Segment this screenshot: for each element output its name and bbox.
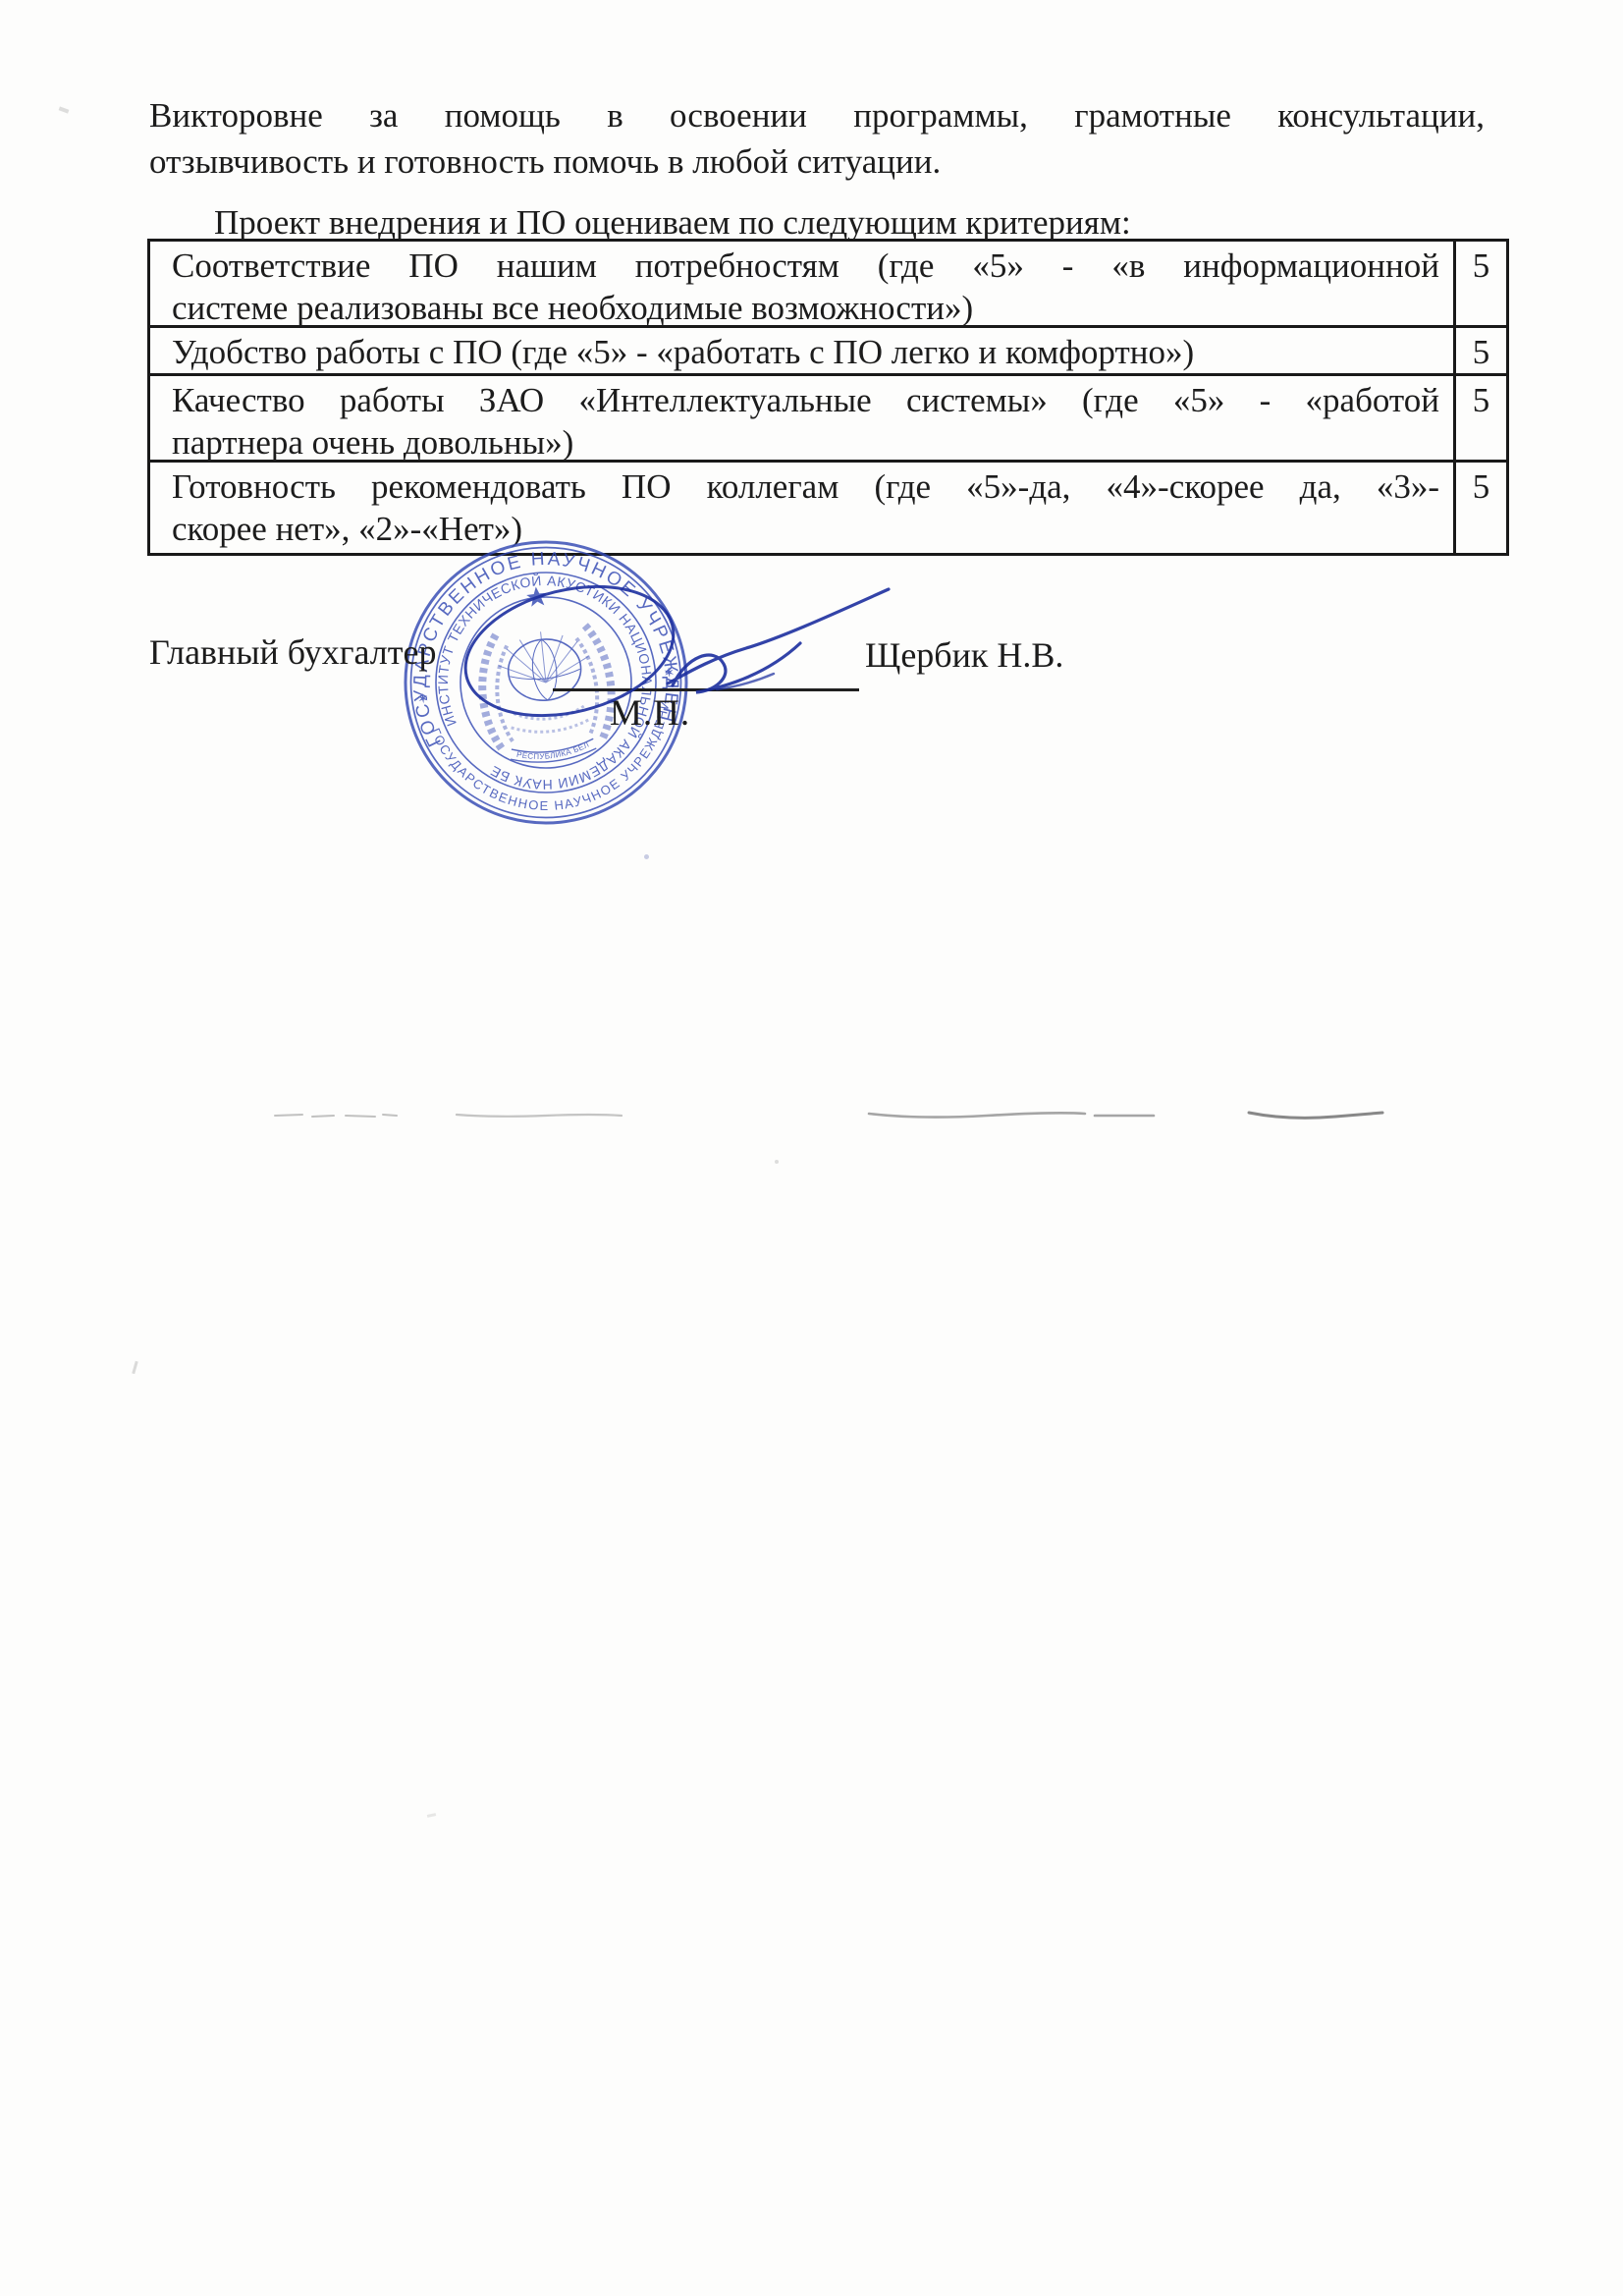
scan-speck	[644, 854, 649, 859]
scanned-document-page: Викторовне за помощь в освоении программ…	[0, 0, 1623, 2296]
criterion-line: Удобство работы с ПО (где «5» - «работат…	[172, 331, 1439, 373]
table-row: Соответствие ПО нашим потребностям (где …	[150, 242, 1506, 325]
criterion-line: Качество работы ЗАО «Интеллектуальные си…	[172, 379, 1439, 421]
scan-speck	[427, 1813, 436, 1818]
criterion-line: Соответствие ПО нашим потребностям (где …	[172, 245, 1439, 287]
acknowledgement-paragraph: Викторовне за помощь в освоении программ…	[149, 92, 1485, 185]
score-cell: 5	[1453, 242, 1506, 325]
handwritten-signature	[422, 511, 972, 746]
scan-speck	[132, 1361, 137, 1374]
criterion-line: системе реализованы все необходимые возм…	[172, 287, 1439, 329]
criteria-table: Соответствие ПО нашим потребностям (где …	[147, 239, 1509, 556]
paragraph-line-1: Викторовне за помощь в освоении программ…	[149, 92, 1485, 138]
paragraph-line-2: отзывчивость и готовность помочь в любой…	[149, 138, 1485, 185]
score-cell: 5	[1453, 376, 1506, 460]
scan-speck	[59, 106, 70, 113]
signature-stroke	[668, 589, 889, 683]
scan-artifact-streak	[255, 1104, 1394, 1127]
signatory-role-label: Главный бухгалтер	[149, 631, 436, 673]
criterion-line: Готовность рекомендовать ПО коллегам (гд…	[172, 465, 1439, 508]
criterion-cell: Качество работы ЗАО «Интеллектуальные си…	[150, 376, 1453, 460]
criterion-cell: Соответствие ПО нашим потребностям (где …	[150, 242, 1453, 325]
signature-flourish-loop	[452, 567, 687, 737]
table-row: Удобство работы с ПО (где «5» - «работат…	[150, 325, 1506, 373]
criterion-cell: Удобство работы с ПО (где «5» - «работат…	[150, 328, 1453, 373]
table-row: Качество работы ЗАО «Интеллектуальные си…	[150, 373, 1506, 460]
score-cell: 5	[1453, 328, 1506, 373]
criterion-line: партнера очень довольны»)	[172, 421, 1439, 464]
score-cell: 5	[1453, 463, 1506, 553]
scan-speck	[775, 1160, 779, 1164]
